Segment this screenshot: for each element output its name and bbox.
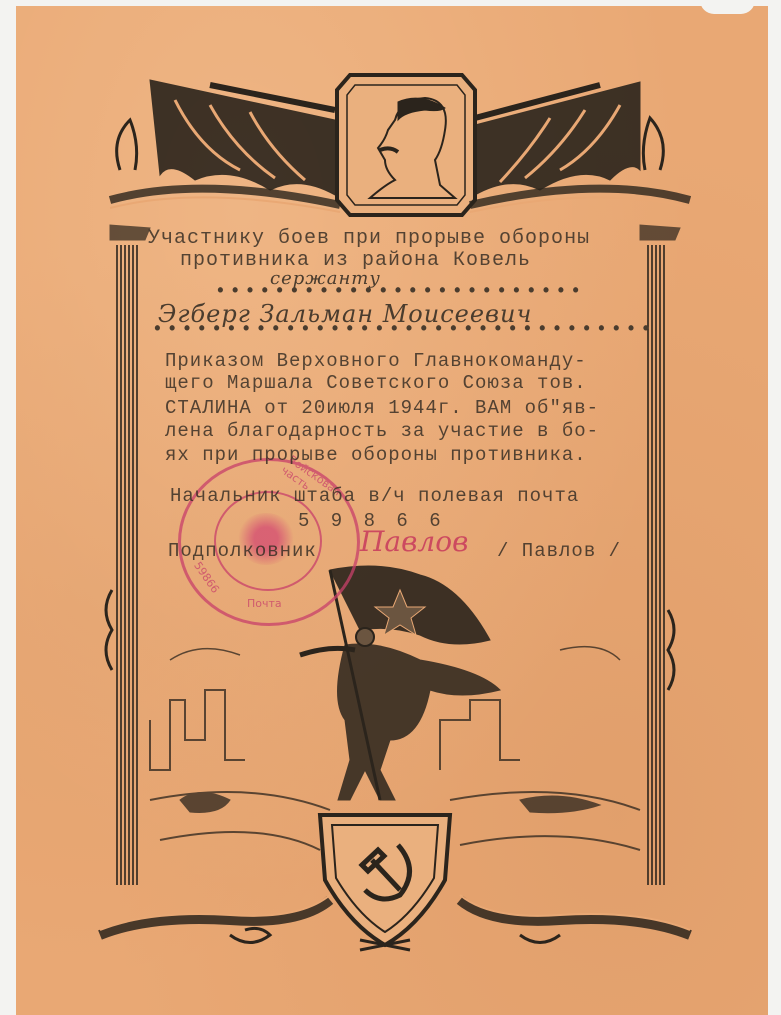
signatory-title: Начальник штаба в/ч полевая почта: [170, 485, 579, 507]
signatory-name-typed: / Павлов /: [497, 540, 621, 562]
signatory-rank: Подполковник: [168, 540, 317, 562]
header-line-1: Участнику боев при прорыве обороны: [148, 227, 590, 250]
portrait-frame-icon: [337, 75, 475, 215]
flags-right-icon: [475, 82, 640, 195]
right-column-border: [648, 245, 664, 885]
name-dotted-line: ••••••••••••••••••••••••••••••••••: [152, 320, 655, 340]
handwritten-signature: Павлов: [360, 525, 468, 558]
body-line-1: Приказом Верховного Главнокоманду-: [165, 350, 587, 372]
left-column-border: [117, 245, 137, 885]
body-line-2: щего Маршала Советского Союза тов.: [165, 372, 587, 394]
flags-left-icon: [150, 80, 335, 195]
hammer-sickle-shield-icon: [320, 815, 450, 950]
body-line-4: лена благодарность за участие в бо-: [165, 420, 599, 442]
rank-dotted-line: •••••••••••••••••••••••••: [215, 282, 585, 302]
stamp-text-left: 59866: [191, 559, 222, 595]
stamp-text-bottom: Почта: [247, 597, 282, 610]
decorative-frame: [0, 0, 781, 1015]
body-line-3: СТАЛИНА от 20июля 1944г. ВАМ об"яв-: [165, 397, 599, 419]
body-line-5: ях при прорыве обороны противника.: [165, 444, 587, 466]
